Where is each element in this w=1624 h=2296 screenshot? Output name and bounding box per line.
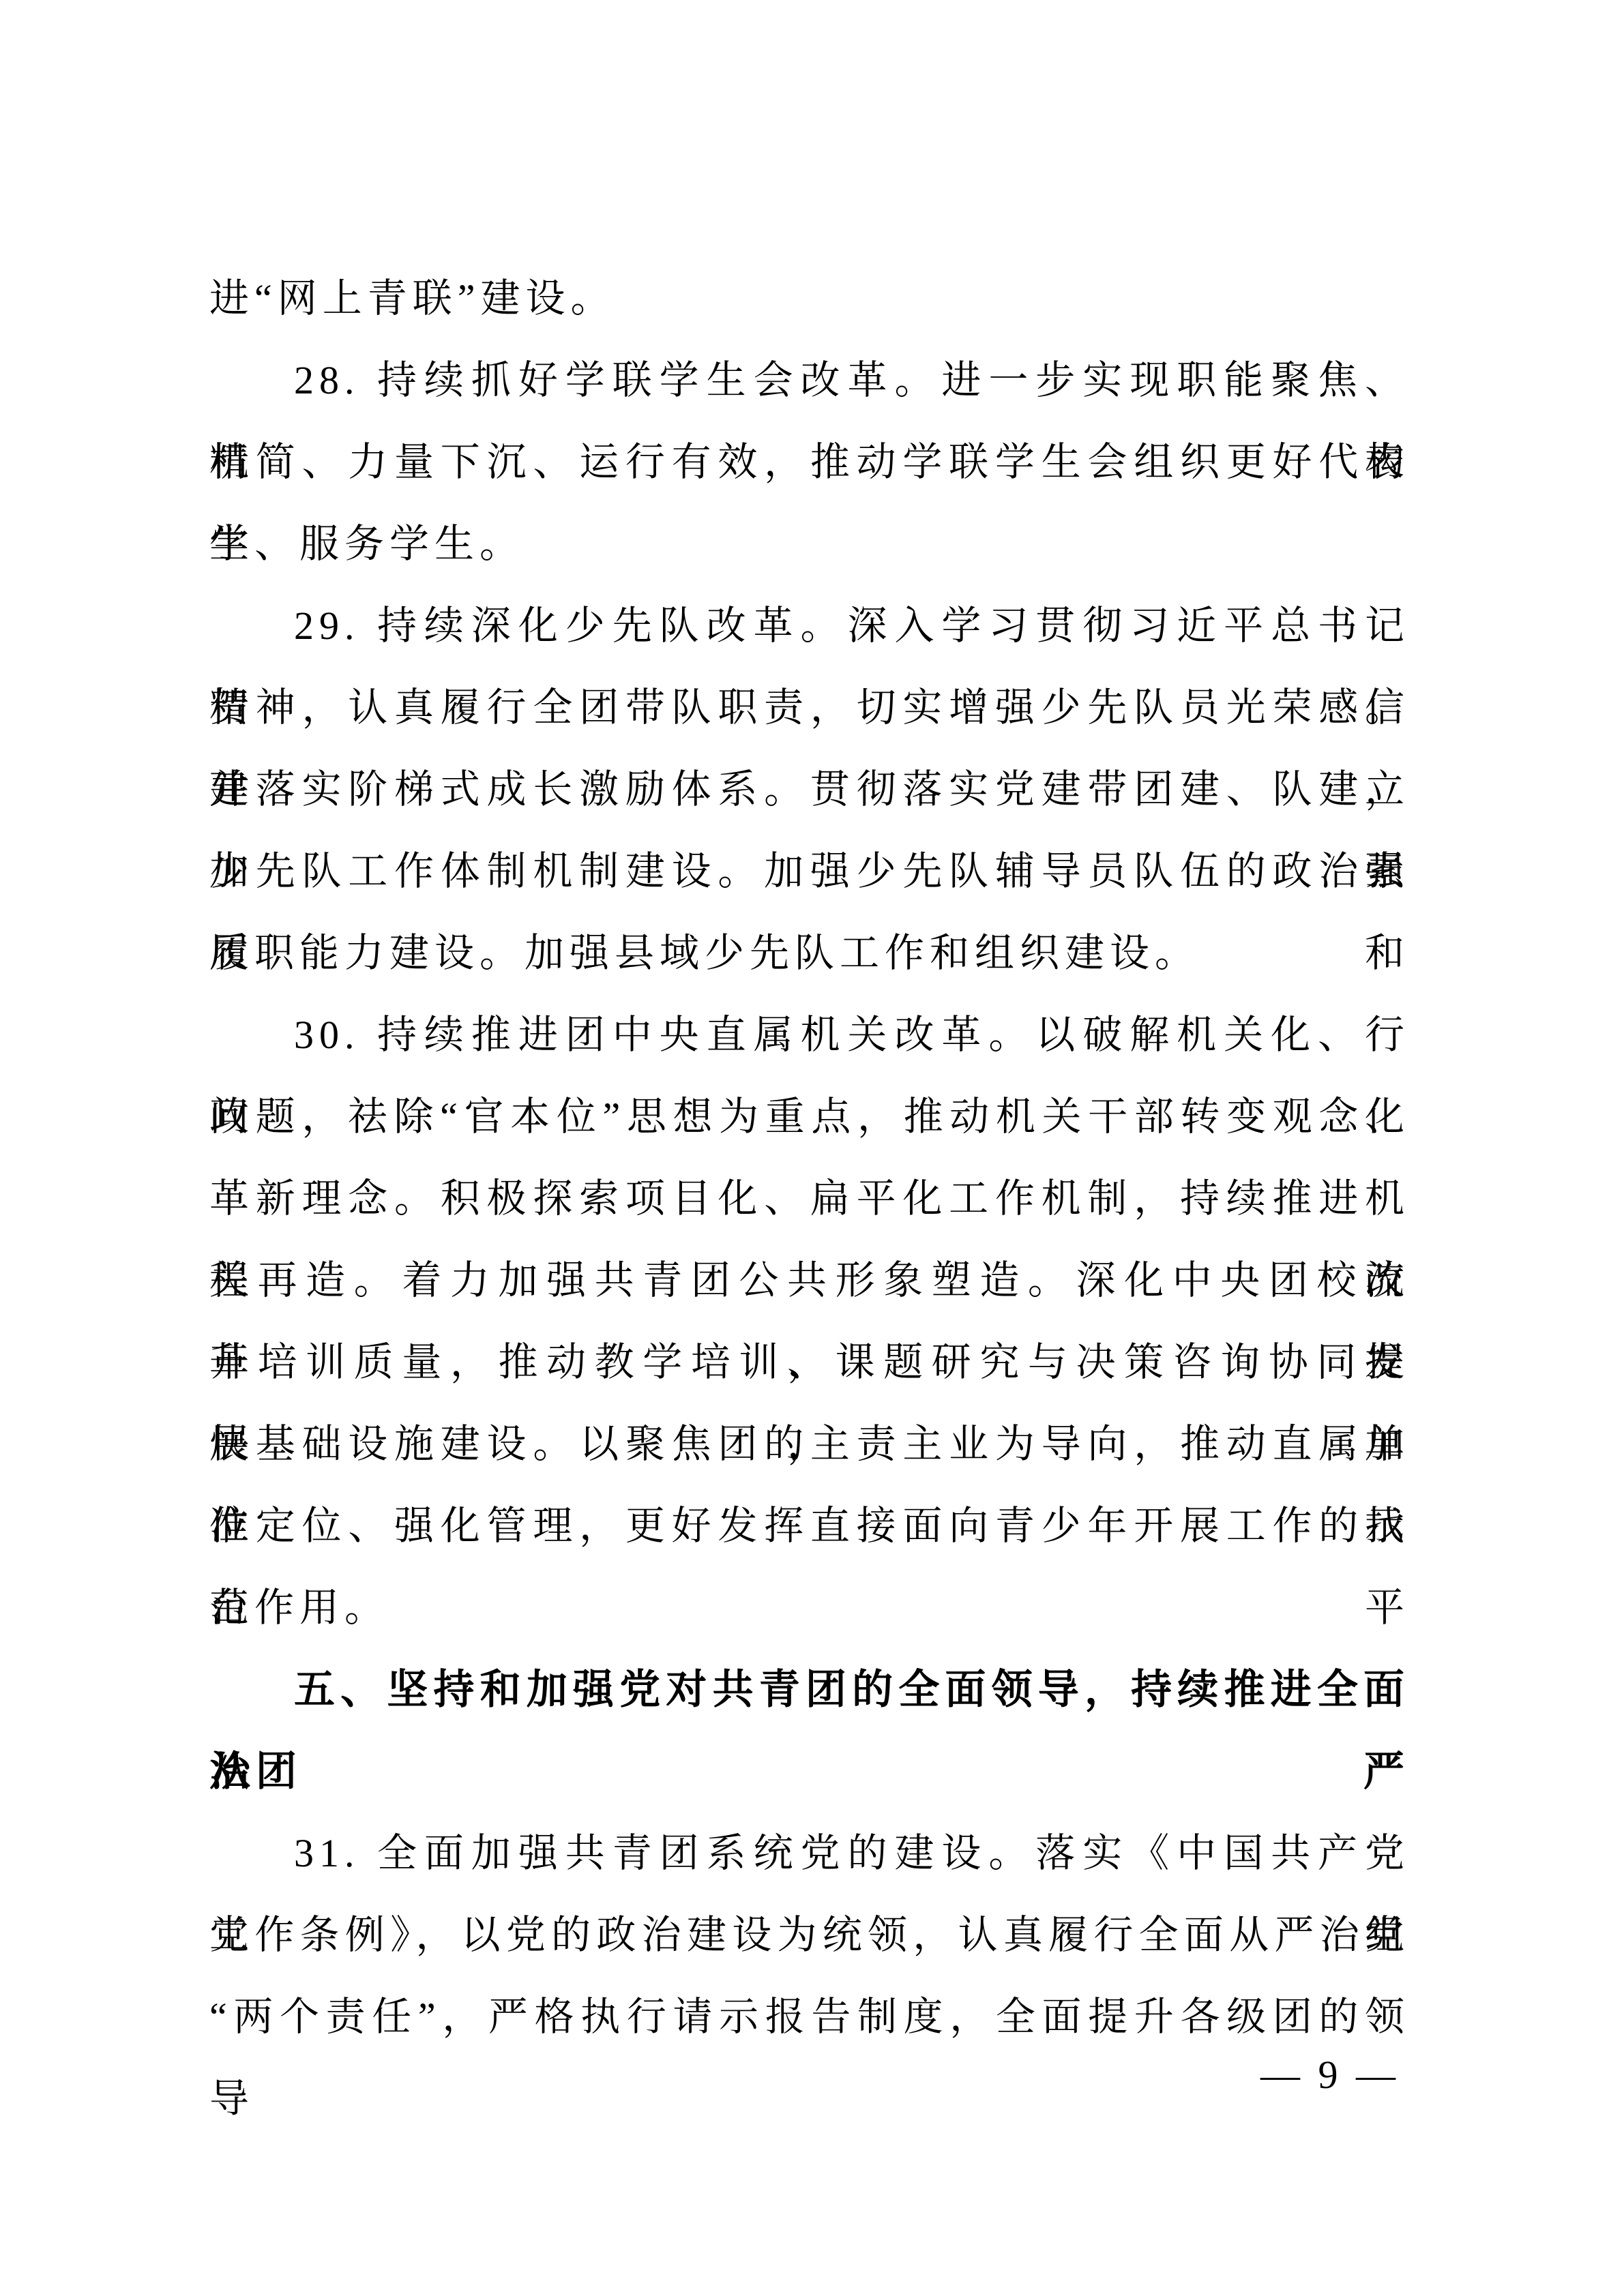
text-line: 五、坚持和加强党对共青团的全面领导，持续推进全面从严 [209,1649,1410,1731]
document-body: 进“网上青联”建设。28. 持续抓好学联学生会改革。进一步实现职能聚焦、机构精简… [209,258,1410,2058]
text-line: 28. 持续抓好学联学生会改革。进一步实现职能聚焦、机构 [209,340,1410,421]
text-line: 准定位、强化管理，更好发挥直接面向青少年开展工作的示范平 [209,1485,1410,1567]
page-number: — 9 — [1260,2048,1400,2102]
text-line: 少先队工作体制机制建设。加强少先队辅导员队伍的政治素质和 [209,831,1410,912]
text-line: 并落实阶梯式成长激励体系。贯彻落实党建带团建、队建，加强 [209,749,1410,831]
text-line: 进“网上青联”建设。 [209,258,1410,340]
text-line: 革新理念。积极探索项目化、扁平化工作机制，持续推进机关流 [209,1158,1410,1240]
paragraph: 31. 全面加强共青团系统党的建设。落实《中国共产党党组工作条例》，以党的政治建… [209,1813,1410,2058]
text-line: 精神，认真履行全团带队职责，切实增强少先队员光荣感。建立 [209,667,1410,749]
document-page: 进“网上青联”建设。28. 持续抓好学联学生会改革。进一步实现职能聚焦、机构精简… [0,0,1624,2296]
paragraph: 进“网上青联”建设。 [209,258,1410,340]
text-line: 30. 持续推进团中央直属机关改革。以破解机关化、行政化 [209,994,1410,1076]
paragraph: 28. 持续抓好学联学生会改革。进一步实现职能聚焦、机构精简、力量下沉、运行有效… [209,340,1410,585]
paragraph: 30. 持续推进团中央直属机关改革。以破解机关化、行政化问题，祛除“官本位”思想… [209,994,1410,1649]
text-line: 工作条例》，以党的政治建设为统领，认真履行全面从严治党 [209,1894,1410,1976]
text-line: “两个责任”，严格执行请示报告制度，全面提升各级团的领导 [209,1976,1410,2058]
text-line: 升培训质量，推动教学培训、课题研究与决策咨询协同发展，加 [209,1322,1410,1403]
text-line: 精简、力量下沉、运行有效，推动学联学生会组织更好代表学 [209,421,1410,503]
text-line: 程再造。着力加强共青团公共形象塑造。深化中央团校改革，提 [209,1240,1410,1322]
text-line: 生、服务学生。 [209,503,1410,585]
text-line: 29. 持续深化少先队改革。深入学习贯彻习近平总书记贺信 [209,585,1410,667]
paragraph: 29. 持续深化少先队改革。深入学习贯彻习近平总书记贺信精神，认真履行全团带队职… [209,585,1410,994]
text-line: 问题，祛除“官本位”思想为重点，推动机关干部转变观念、 [209,1076,1410,1158]
text-line: 快基础设施建设。以聚焦团的主责主业为导向，推动直属单位找 [209,1403,1410,1485]
text-line: 31. 全面加强共青团系统党的建设。落实《中国共产党党组 [209,1813,1410,1894]
section-heading: 五、坚持和加强党对共青团的全面领导，持续推进全面从严治团 [209,1649,1410,1813]
